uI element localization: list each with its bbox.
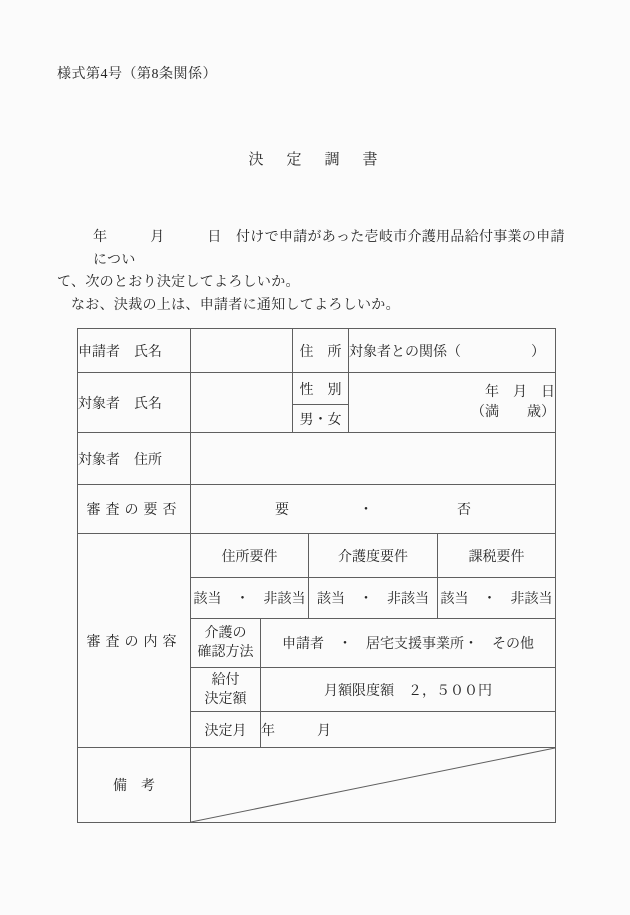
applicant-name-field (191, 329, 293, 373)
criteria-header-address: 住所要件 (191, 534, 309, 578)
criteria-choice-care-level: 該当 ・ 非該当 (309, 578, 438, 619)
criteria-header-row: 審査の内容 住所要件 介護度要件 課税要件 (78, 534, 556, 578)
care-confirm-choice: 申請者 ・ 居宅支援事業所・ その他 (261, 619, 556, 668)
benefit-label-line2: 決定額 (205, 692, 247, 707)
birthdate-line-ymd: 年 月 日 (485, 385, 555, 400)
intro-line-2: て、次のとおり決定してよろしいか。 (57, 272, 577, 295)
criteria-choice-address: 該当 ・ 非該当 (191, 578, 309, 619)
decision-form-table: 申請者 氏名 住 所 対象者との関係（ ） 対象者 氏名 性 別 年 月 日 （… (77, 328, 556, 823)
care-confirm-label: 介護の 確認方法 (191, 619, 261, 668)
document-page: 様式第4号（第8条関係） 決 定 調 書 年 月 日 付けで申請があった壱岐市介… (0, 0, 630, 915)
intro-paragraph: 年 月 日 付けで申請があった壱岐市介護用品給付事業の申請につい て、次のとおり… (57, 227, 577, 317)
criteria-choice-taxation: 該当 ・ 非該当 (438, 578, 556, 619)
care-confirm-label-line1: 介護の (205, 626, 247, 641)
review-content-label: 審査の内容 (78, 534, 191, 748)
remarks-field (191, 748, 556, 823)
benefit-amount-label: 給付 決定額 (191, 668, 261, 712)
subject-row-top: 対象者 氏名 性 別 年 月 日 （満 歳） (78, 373, 556, 405)
applicant-address-label: 住 所 (293, 329, 349, 373)
subject-name-label: 対象者 氏名 (78, 373, 191, 433)
remarks-diagonal-line (191, 748, 555, 822)
gender-options: 男・女 (293, 405, 349, 433)
decision-month-field: 年 月 (261, 712, 556, 748)
remarks-row: 備 考 (78, 748, 556, 823)
benefit-amount-value: 月額限度額 ２，５００円 (261, 668, 556, 712)
review-required-choice: 要 ・ 否 (191, 485, 556, 534)
remarks-label: 備 考 (78, 748, 191, 823)
benefit-label-line1: 給付 (212, 673, 240, 688)
applicant-name-label: 申請者 氏名 (78, 329, 191, 373)
intro-line-3: なお、決裁の上は、申請者に通知してよろしいか。 (57, 295, 577, 318)
criteria-header-taxation: 課税要件 (438, 534, 556, 578)
subject-name-field (191, 373, 293, 433)
birthdate-line-age: （満 歳） (471, 405, 555, 420)
subject-address-label: 対象者 住所 (78, 433, 191, 485)
review-required-label: 審査の要否 (78, 485, 191, 534)
gender-label: 性 別 (293, 373, 349, 405)
relation-to-subject-field: 対象者との関係（ ） (349, 329, 556, 373)
intro-line-1: 年 月 日 付けで申請があった壱岐市介護用品給付事業の申請につい (57, 227, 577, 272)
care-confirm-label-line2: 確認方法 (198, 645, 254, 660)
document-title: 決 定 調 書 (0, 148, 630, 169)
form-number: 様式第4号（第8条関係） (57, 66, 217, 83)
decision-month-label: 決定月 (191, 712, 261, 748)
subject-address-row: 対象者 住所 (78, 433, 556, 485)
criteria-header-care-level: 介護度要件 (309, 534, 438, 578)
subject-address-field (191, 433, 556, 485)
review-required-row: 審査の要否 要 ・ 否 (78, 485, 556, 534)
birthdate-field: 年 月 日 （満 歳） (349, 373, 556, 433)
applicant-row: 申請者 氏名 住 所 対象者との関係（ ） (78, 329, 556, 373)
